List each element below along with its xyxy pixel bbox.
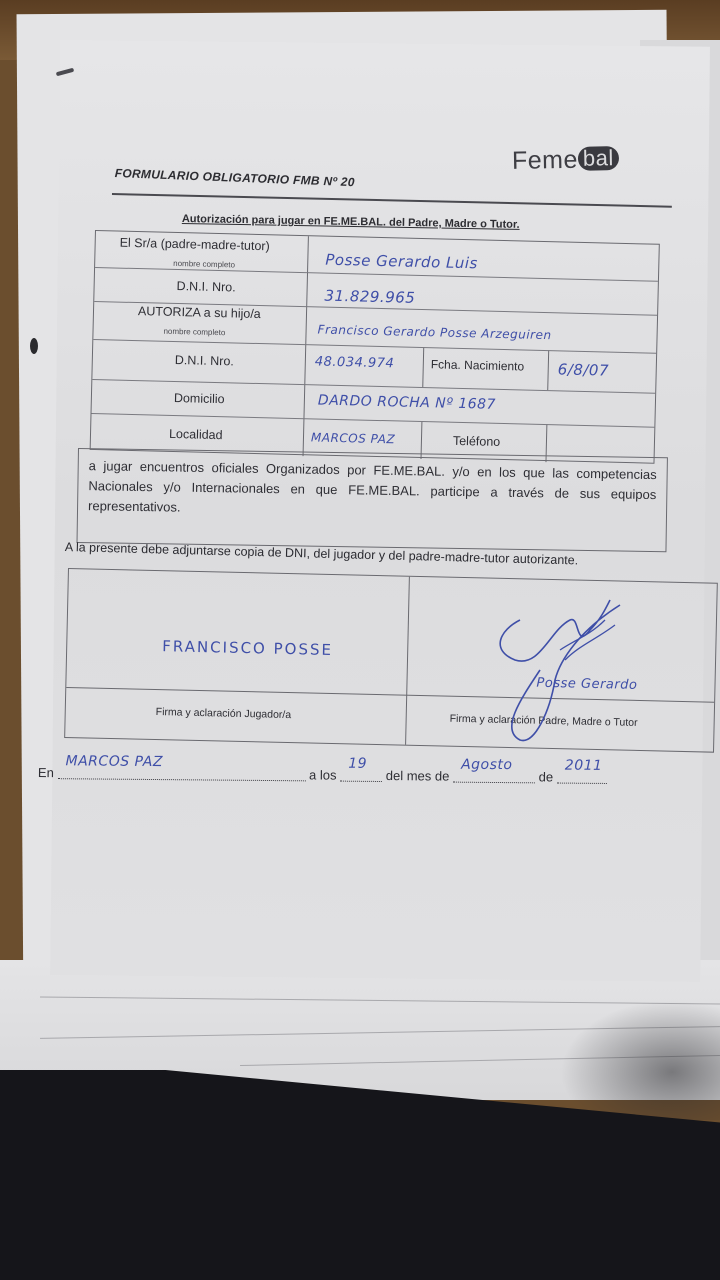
guardian-dni-label: D.N.I. Nro. <box>176 279 235 294</box>
day-field[interactable]: 19 <box>340 768 382 782</box>
authorization-clause: a jugar encuentros oficiales Organizados… <box>77 448 668 552</box>
guardian-label: El Sr/a (padre-madre-tutor) <box>120 236 270 254</box>
authorization-table: El Sr/a (padre-madre-tutor) nombre compl… <box>90 230 660 464</box>
child-name-value[interactable]: Francisco Gerardo Posse Arzeguiren <box>317 322 551 342</box>
column-divider <box>303 236 309 456</box>
month-field[interactable]: Agosto <box>453 769 535 784</box>
guardian-signature-scribble <box>480 590 680 750</box>
child-sublabel: nombre completo <box>163 327 225 338</box>
player-printed-name[interactable]: FRANCISCO POSSE <box>162 637 333 659</box>
title-divider <box>112 193 672 208</box>
year-value: 2011 <box>565 758 603 774</box>
year-prefix-text: de <box>539 769 554 784</box>
row-divider <box>92 413 655 428</box>
phone-label: Teléfono <box>453 434 501 449</box>
date-prefix: En <box>38 765 54 780</box>
guardian-name-value[interactable]: Posse Gerardo Luis <box>325 251 478 273</box>
child-dni-value[interactable]: 48.034.974 <box>315 354 395 371</box>
date-place-line: En MARCOS PAZ a los 19 del mes de Agosto… <box>38 765 607 785</box>
logo-pill: bal <box>578 146 619 171</box>
column-divider <box>422 347 424 387</box>
address-value[interactable]: DARDO ROCHA Nº 1687 <box>318 392 496 412</box>
day-value: 19 <box>348 756 367 772</box>
femebal-logo: Femebal <box>512 145 619 176</box>
row-divider <box>93 339 656 354</box>
form-title: FORMULARIO OBLIGATORIO FMB Nº 20 <box>114 166 355 189</box>
column-divider <box>547 350 549 390</box>
logo-text: Feme <box>512 146 578 175</box>
a-los-text: a los <box>309 767 337 782</box>
authorization-form: FORMULARIO OBLIGATORIO FMB Nº 20 Femebal… <box>0 0 720 1280</box>
guardian-sublabel: nombre completo <box>173 259 235 270</box>
birth-date-label: Fcha. Nacimiento <box>431 357 525 373</box>
month-value: Agosto <box>461 757 513 773</box>
address-label: Domicilio <box>174 391 225 406</box>
player-signature-label: Firma y aclaración Jugador/a <box>156 706 292 721</box>
birth-date-value[interactable]: 6/8/07 <box>558 360 610 379</box>
year-field[interactable]: 2011 <box>557 770 607 784</box>
place-field[interactable]: MARCOS PAZ <box>57 765 305 781</box>
signature-column-divider <box>405 577 410 745</box>
locality-value[interactable]: MARCOS PAZ <box>311 430 396 446</box>
form-subtitle: Autorización para jugar en FE.ME.BAL. de… <box>182 213 520 231</box>
child-dni-label: D.N.I. Nro. <box>175 353 234 368</box>
guardian-dni-value[interactable]: 31.829.965 <box>324 287 415 307</box>
place-value: MARCOS PAZ <box>65 753 163 770</box>
locality-label: Localidad <box>169 427 223 442</box>
child-label: AUTORIZA a su hijo/a <box>138 304 261 321</box>
month-prefix-text: del mes de <box>386 768 450 784</box>
